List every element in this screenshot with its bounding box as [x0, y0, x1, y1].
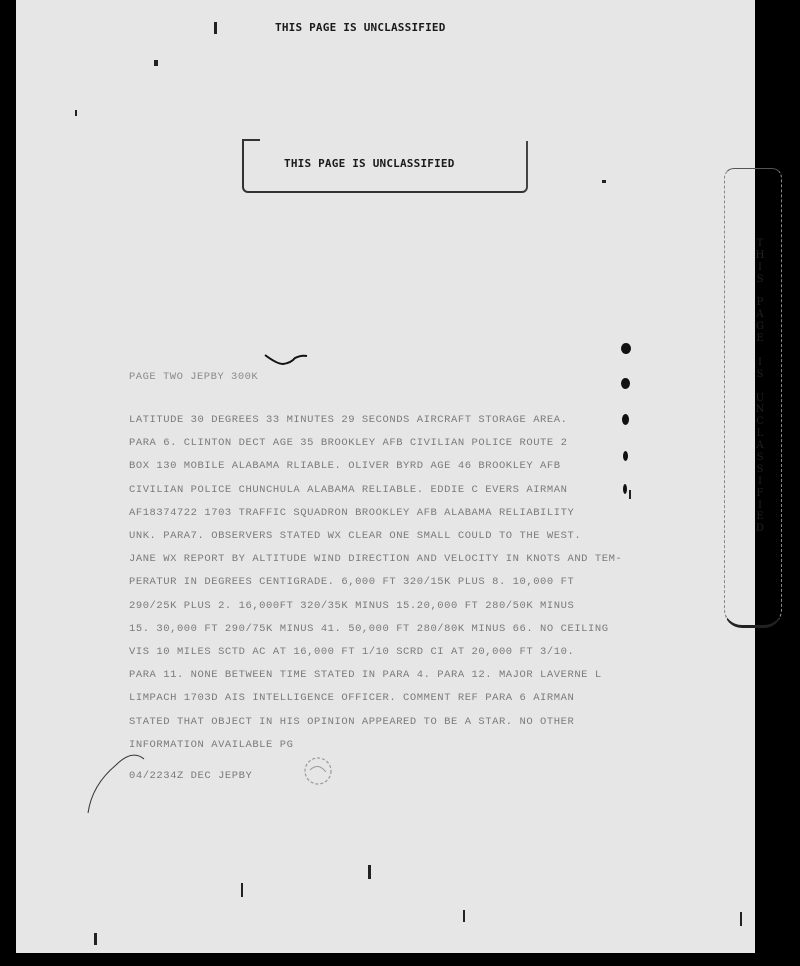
scan-speck	[154, 60, 158, 66]
page-line: PAGE TWO JEPBY 300K	[129, 371, 258, 383]
message-line: BOX 130 MOBILE ALABAMA RLIABLE. OLIVER B…	[129, 455, 622, 478]
scan-speck	[241, 883, 243, 897]
message-line: JANE WX REPORT BY ALTITUDE WIND DIRECTIO…	[129, 548, 622, 571]
stamp-letter: P	[755, 297, 765, 309]
stamp-letter	[755, 345, 765, 357]
stamp-letter: S	[755, 274, 765, 286]
stamp-letter: D	[755, 523, 765, 535]
message-line: PERATUR IN DEGREES CENTIGRADE. 6,000 FT …	[129, 571, 622, 594]
scan-speck	[75, 110, 77, 116]
stamp-letter: G	[755, 321, 765, 333]
stamp-letter: E	[755, 511, 765, 523]
stamp-letter: F	[755, 488, 765, 500]
stamp-letter: S	[755, 464, 765, 476]
scanned-document-page: THIS PAGE IS UNCLASSIFIED THIS PAGE IS U…	[16, 0, 755, 953]
scan-speck	[602, 180, 606, 183]
binder-hole	[622, 414, 629, 425]
message-line: PARA 6. CLINTON DECT AGE 35 BROOKLEY AFB…	[129, 432, 622, 455]
stamp-letter: I	[755, 500, 765, 512]
handwritten-mark	[263, 352, 313, 368]
binder-hole	[623, 484, 627, 494]
stamp-letter: A	[755, 440, 765, 452]
message-line: AF18374722 1703 TRAFFIC SQUADRON BROOKLE…	[129, 502, 622, 525]
stamp-letter: S	[755, 369, 765, 381]
stamp-letter: A	[755, 309, 765, 321]
message-line: CIVILIAN POLICE CHUNCHULA ALABAMA RELIAB…	[129, 479, 622, 502]
binder-hole	[621, 343, 631, 354]
vertical-classification-stamp	[724, 168, 782, 628]
boxed-classification-banner: THIS PAGE IS UNCLASSIFIED	[284, 157, 455, 170]
binder-hole	[623, 451, 628, 461]
scan-speck	[740, 912, 742, 926]
top-classification-banner: THIS PAGE IS UNCLASSIFIED	[275, 21, 446, 34]
stamp-letter: U	[755, 393, 765, 405]
stamp-letter: C	[755, 416, 765, 428]
vertical-classification-text: THIS PAGE IS UNCLASSIFIED	[755, 238, 765, 535]
stamp-letter: S	[755, 452, 765, 464]
smudged-stamp	[298, 752, 338, 790]
message-line: LATITUDE 30 DEGREES 33 MINUTES 29 SECOND…	[129, 409, 622, 432]
message-line: 15. 30,000 FT 290/75K MINUS 41. 50,000 F…	[129, 618, 622, 641]
message-line: LIMPACH 1703D AIS INTELLIGENCE OFFICER. …	[129, 687, 622, 710]
stamp-letter: N	[755, 404, 765, 416]
stamp-letter: T	[755, 238, 765, 250]
scan-speck	[463, 910, 465, 922]
stamp-letter: L	[755, 428, 765, 440]
handwritten-stroke	[86, 745, 156, 815]
message-line: VIS 10 MILES SCTD AC AT 16,000 FT 1/10 S…	[129, 641, 622, 664]
stamp-letter: I	[755, 357, 765, 369]
scan-speck	[214, 22, 217, 34]
message-body: LATITUDE 30 DEGREES 33 MINUTES 29 SECOND…	[129, 409, 622, 757]
binder-hole	[621, 378, 630, 389]
stamp-letter: E	[755, 333, 765, 345]
message-line: STATED THAT OBJECT IN HIS OPINION APPEAR…	[129, 711, 622, 734]
stamp-letter: I	[755, 476, 765, 488]
message-line: UNK. PARA7. OBSERVERS STATED WX CLEAR ON…	[129, 525, 622, 548]
stamp-letter: I	[755, 262, 765, 274]
stamp-letter	[755, 381, 765, 393]
stamp-letter: H	[755, 250, 765, 262]
stamp-letter	[755, 286, 765, 298]
scan-speck	[629, 490, 631, 499]
scan-speck	[94, 933, 97, 945]
scan-speck	[368, 865, 371, 879]
message-line: INFORMATION AVAILABLE PG	[129, 734, 622, 757]
message-line: PARA 11. NONE BETWEEN TIME STATED IN PAR…	[129, 664, 622, 687]
message-line: 290/25K PLUS 2. 16,000FT 320/35K MINUS 1…	[129, 595, 622, 618]
